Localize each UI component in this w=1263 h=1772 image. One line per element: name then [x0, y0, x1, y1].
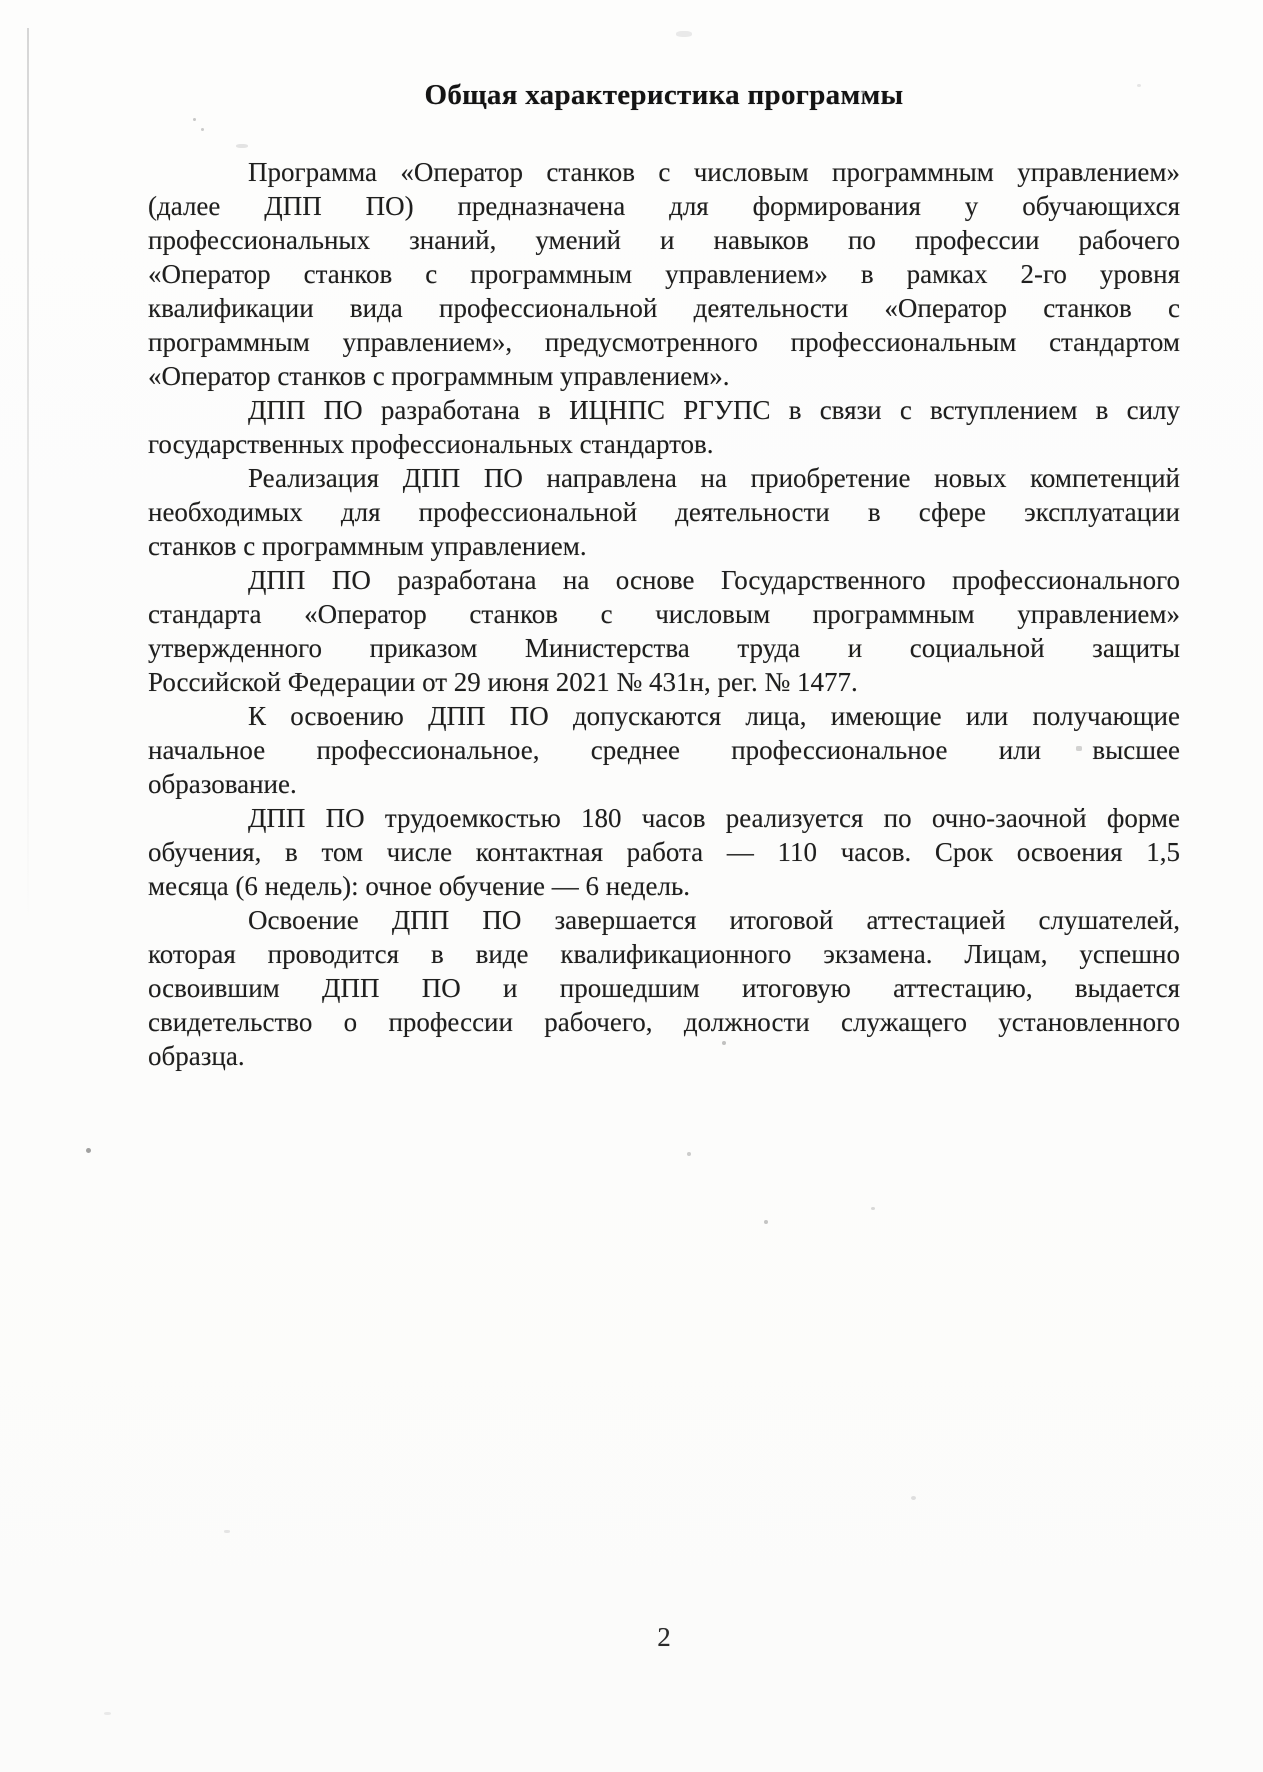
scan-speck — [86, 1148, 91, 1153]
text-line: начальное профессиональное, среднее проф… — [148, 733, 1180, 767]
scan-speck — [676, 31, 692, 37]
scan-edge-line — [27, 28, 29, 923]
text-line: ДПП ПО трудоемкостью 180 часов реализует… — [148, 801, 1180, 835]
text-line: которая проводится в виде квалификационн… — [148, 937, 1180, 971]
paragraph: ДПП ПО трудоемкостью 180 часов реализует… — [148, 801, 1180, 903]
text-line: Освоение ДПП ПО завершается итоговой атт… — [148, 903, 1180, 937]
text-line: освоившим ДПП ПО и прошедшим итоговую ат… — [148, 971, 1180, 1005]
scan-speck — [860, 90, 865, 94]
document-page: Общая характеристика программы Программа… — [0, 0, 1263, 1772]
text-line: утвержденного приказом Министерства труд… — [148, 631, 1180, 665]
text-line: необходимых для профессиональной деятель… — [148, 495, 1180, 529]
text-line: Программа «Оператор станков с числовым п… — [148, 155, 1180, 189]
text-line: обучения, в том числе контактная работа … — [148, 835, 1180, 869]
text-line: программным управлением», предусмотренно… — [148, 325, 1180, 359]
scan-speck — [104, 1712, 111, 1715]
text-line: Российской Федерации от 29 июня 2021 № 4… — [148, 665, 1180, 699]
scan-speck — [201, 128, 204, 131]
text-line: стандарта «Оператор станков с числовым п… — [148, 597, 1180, 631]
scan-speck — [193, 118, 196, 121]
scan-speck — [224, 1530, 230, 1533]
text-line: К освоению ДПП ПО допускаются лица, имею… — [148, 699, 1180, 733]
scan-speck — [1137, 84, 1141, 87]
text-line: Реализация ДПП ПО направлена на приобрет… — [148, 461, 1180, 495]
paragraph: К освоению ДПП ПО допускаются лица, имею… — [148, 699, 1180, 801]
text-line: ДПП ПО разработана в ИЦНПС РГУПС в связи… — [148, 393, 1180, 427]
scan-speck — [1076, 746, 1082, 751]
paragraph: ДПП ПО разработана в ИЦНПС РГУПС в связи… — [148, 393, 1180, 461]
text-line: «Оператор станков с программным управлен… — [148, 257, 1180, 291]
text-line: образование. — [148, 767, 1180, 801]
text-line: профессиональных знаний, умений и навыко… — [148, 223, 1180, 257]
paragraph: Программа «Оператор станков с числовым п… — [148, 155, 1180, 393]
scan-speck — [687, 1152, 691, 1156]
text-line: квалификации вида профессиональной деяте… — [148, 291, 1180, 325]
text-line: ДПП ПО разработана на основе Государстве… — [148, 563, 1180, 597]
text-line: месяца (6 недель): очное обучение — 6 не… — [148, 869, 1180, 903]
text-line: (далее ДПП ПО) предназначена для формиро… — [148, 189, 1180, 223]
paragraph: Реализация ДПП ПО направлена на приобрет… — [148, 461, 1180, 563]
page-title: Общая характеристика программы — [148, 78, 1180, 112]
document-body: Программа «Оператор станков с числовым п… — [148, 155, 1180, 1073]
scan-speck — [911, 1496, 916, 1500]
text-line: государственных профессиональных стандар… — [148, 427, 1180, 461]
text-line: образца. — [148, 1039, 1180, 1073]
text-line: свидетельство о профессии рабочего, долж… — [148, 1005, 1180, 1039]
paragraph: ДПП ПО разработана на основе Государстве… — [148, 563, 1180, 699]
scan-speck — [236, 144, 248, 148]
scan-speck — [722, 1041, 726, 1045]
scan-speck — [871, 1207, 875, 1210]
page-number: 2 — [148, 1620, 1180, 1654]
scan-speck — [764, 1220, 768, 1224]
text-line: станков с программным управлением. — [148, 529, 1180, 563]
paragraph: Освоение ДПП ПО завершается итоговой атт… — [148, 903, 1180, 1073]
text-line: «Оператор станков с программным управлен… — [148, 359, 1180, 393]
